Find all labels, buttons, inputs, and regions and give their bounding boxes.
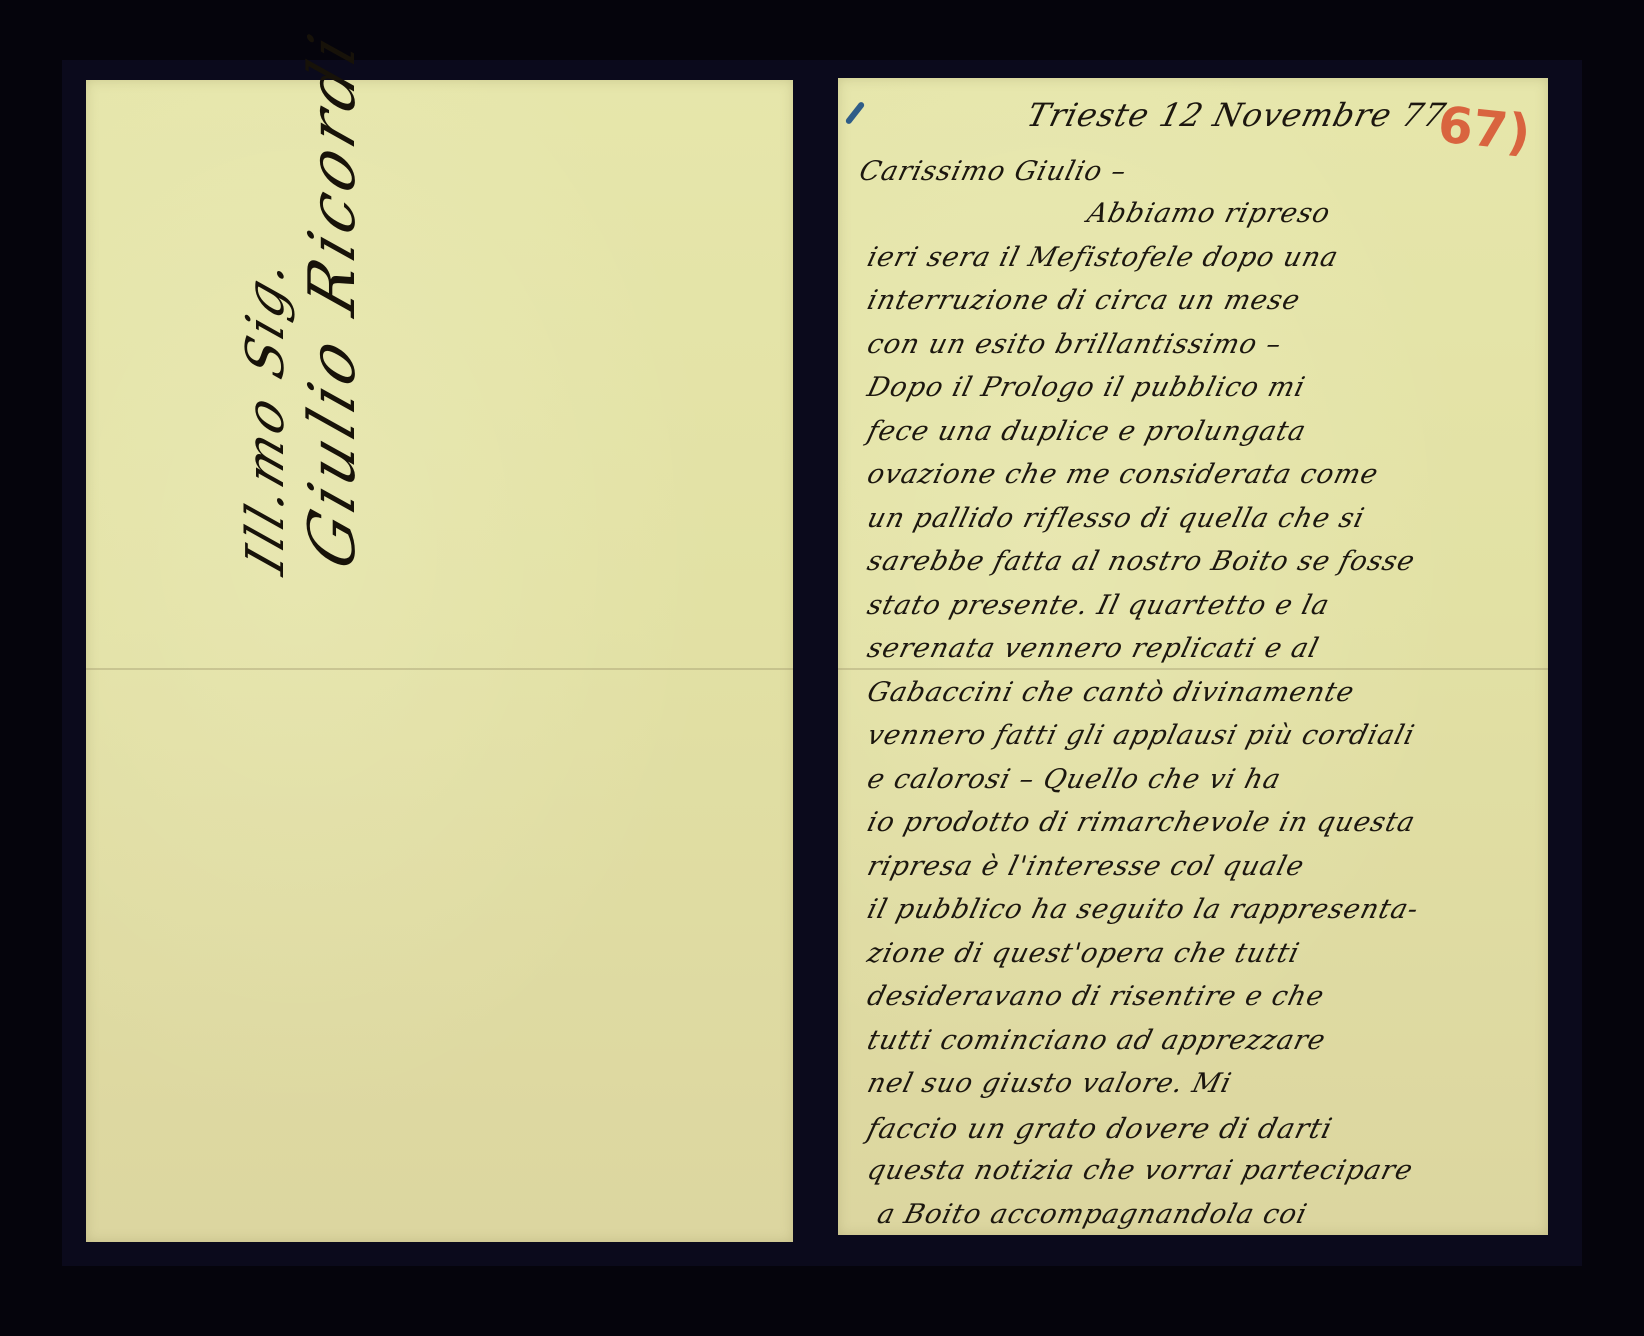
text-line: fece una duplice e prolungata [864, 416, 1310, 447]
text-line: questa notizia che vorrai partecipare [864, 1155, 1416, 1186]
folio-number: 67) [1435, 95, 1533, 162]
letter-page-right: 67) Trieste 12 Novembre 77 Carissimo Giu… [838, 78, 1548, 1235]
text-line: nel suo giusto valore. Mi [864, 1068, 1235, 1099]
text-line: ieri sera il Mefistofele dopo una [864, 242, 1342, 273]
address-block: Ill.mo Sig. Giulio Ricordi [236, 0, 370, 609]
address-line-1: Ill.mo Sig. [236, 0, 296, 582]
text-line: ripresa è l'interesse col quale [864, 851, 1308, 882]
text-line: Gabaccini che cantò divinamente [864, 677, 1358, 708]
text-line: a Boito accompagnandola coi [874, 1199, 1310, 1230]
letter-page-left: Ill.mo Sig. Giulio Ricordi [86, 80, 793, 1242]
text-line: sarebbe fatta al nostro Boito se fosse [864, 546, 1418, 577]
fold-line [86, 668, 793, 670]
fold-line [838, 668, 1548, 670]
text-line: un pallido riflesso di quella che si [864, 503, 1368, 534]
dateline: Trieste 12 Novembre 77 [1023, 96, 1450, 134]
text-line: ovazione che me considerata come [864, 459, 1382, 490]
text-line: Abbiamo ripreso [1084, 198, 1334, 229]
text-line: serenata vennero replicati e al [864, 633, 1322, 664]
text-line: desideravano di risentire e che [864, 981, 1328, 1012]
text-line: Dopo il Prologo il pubblico mi [864, 372, 1309, 403]
text-line: io prodotto di rimarchevole in questa [864, 807, 1419, 838]
text-line: interruzione di circa un mese [864, 285, 1304, 316]
text-line: tutti cominciano ad apprezzare [864, 1025, 1329, 1056]
text-line: il pubblico ha seguito la rappresenta- [864, 894, 1422, 925]
blue-pencil-mark [845, 101, 866, 125]
address-line-2: Giulio Ricordi [296, 20, 370, 579]
text-line: e calorosi – Quello che vi ha [864, 764, 1284, 795]
text-line: stato presente. Il quartetto e la [864, 590, 1333, 621]
text-line: zione di quest'opera che tutti [864, 938, 1303, 969]
text-line: faccio un grato dovere di darti [864, 1112, 1336, 1145]
text-line: con un esito brillantissimo – [864, 329, 1285, 360]
salutation: Carissimo Giulio – [856, 156, 1130, 187]
text-line: vennero fatti gli applausi più cordiali [864, 720, 1418, 751]
